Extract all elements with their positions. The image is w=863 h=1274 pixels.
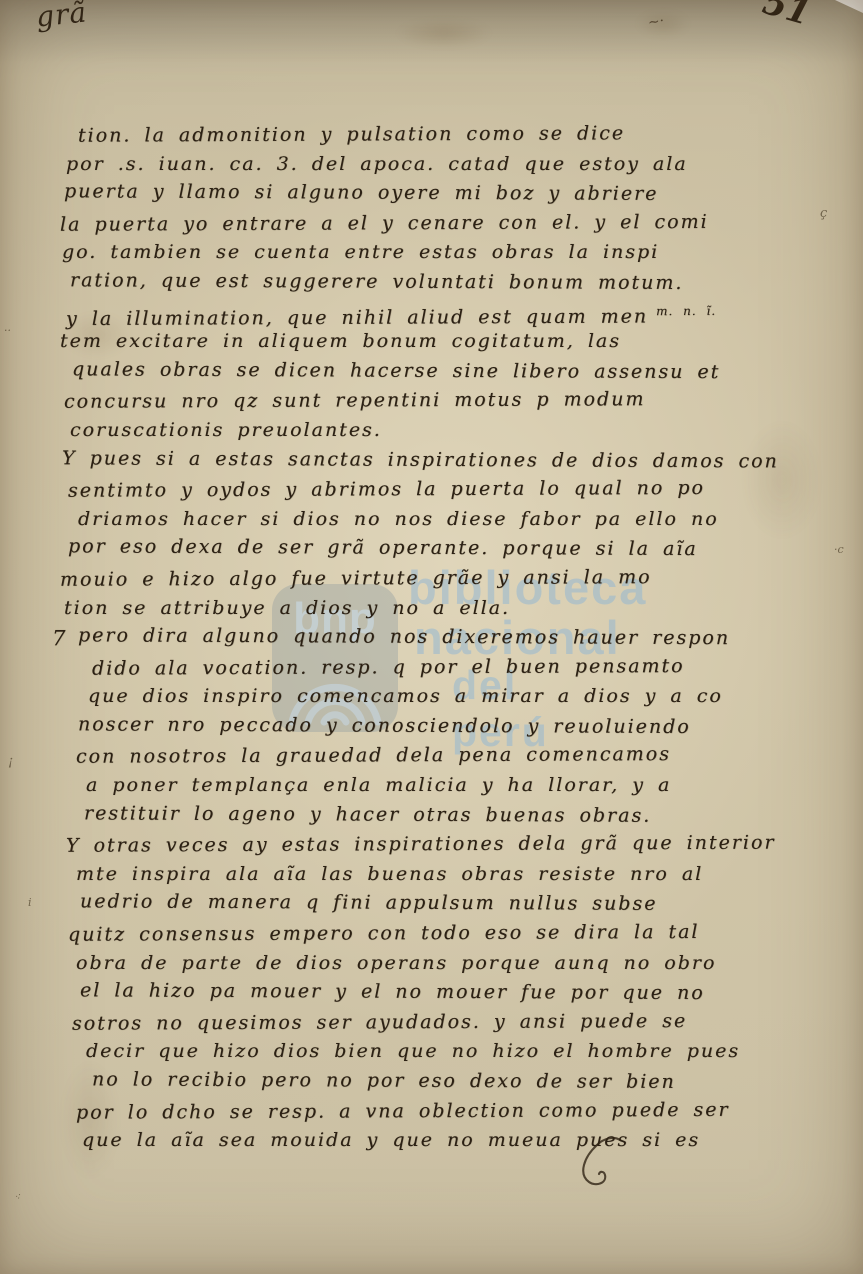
manuscript-line: por .s. iuan. ca. 3. del apoca. catad qu…	[66, 150, 847, 180]
manuscript-line: que la aĩa sea mouida y que no mueua pue…	[82, 1126, 847, 1156]
line-text: ration, que est suggerere voluntati bonu…	[70, 269, 684, 294]
line-text: Y otras veces ay estas inspirationes del…	[66, 832, 776, 857]
line-text: concursu nro qz sunt repentini motus p m…	[64, 389, 646, 414]
line-text: noscer nro peccado y conosciendolo y reu…	[78, 713, 691, 738]
margin-mark: 7	[52, 624, 68, 654]
ink-speck: i	[28, 896, 32, 909]
manuscript-line: no lo recibio pero no por eso dexo de se…	[92, 1065, 847, 1098]
manuscript-text-block: tion. la admonition y pulsation como se …	[60, 120, 847, 1156]
line-text: quales obras se dicen hacerse sine liber…	[72, 358, 720, 383]
line-text: restituir lo ageno y hacer otras buenas …	[84, 802, 651, 826]
manuscript-line: go. tambien se cuenta entre estas obras …	[62, 238, 847, 268]
manuscript-line: tem excitare in aliquem bonum cogitatum,…	[60, 327, 847, 357]
manuscript-line: coruscationis preuolantes.	[70, 416, 847, 446]
manuscript-line: uedrio de manera q fini appulsum nullus …	[80, 888, 847, 921]
line-text: por .s. iuan. ca. 3. del apoca. catad qu…	[66, 153, 688, 175]
line-text: mte inspira ala aĩa las buenas obras res…	[76, 863, 703, 885]
manuscript-line: sotros no quesimos ser ayudados. y ansi …	[72, 1006, 847, 1039]
line-text: sotros no quesimos ser ayudados. y ansi …	[72, 1010, 687, 1035]
line-text: pero dira alguno quando nos dixeremos ha…	[78, 624, 730, 649]
line-text: por lo dcho se resp. a vna oblection com…	[76, 1098, 730, 1123]
manuscript-page: bnp biblioteca nacional del perú grã 51 …	[0, 0, 863, 1274]
manuscript-line: y la illumination, que nihil aliud est q…	[66, 296, 847, 329]
manuscript-line: Y pues si a estas sanctas inspirationes …	[62, 444, 847, 477]
manuscript-line: obra de parte de dios operans porque aun…	[76, 949, 847, 979]
ink-speck: ⁖	[14, 1192, 20, 1203]
line-text: tion se attribuye a dios y no a ella.	[64, 597, 510, 619]
manuscript-line: quales obras se dicen hacerse sine liber…	[72, 355, 847, 388]
line-text: Y pues si a estas sanctas inspirationes …	[62, 447, 779, 472]
line-text: tem excitare in aliquem bonum cogitatum,…	[60, 330, 621, 352]
manuscript-line: que dios inspiro comencamos a mirar a di…	[88, 682, 847, 712]
line-text: la puerta yo entrare a el y cenare con e…	[60, 211, 709, 236]
manuscript-line: 7pero dira alguno quando nos dixeremos h…	[78, 621, 847, 654]
manuscript-line: Y otras veces ay estas inspirationes del…	[66, 829, 847, 862]
manuscript-line: por lo dcho se resp. a vna oblection com…	[76, 1095, 847, 1128]
manuscript-line: por eso dexa de ser grã operante. porque…	[68, 533, 847, 566]
line-text: con nosotros la grauedad dela pena comen…	[76, 744, 671, 769]
line-text: dido ala vocation. resp. q por el buen p…	[92, 655, 685, 680]
line-text: obra de parte de dios operans porque aun…	[76, 952, 716, 974]
ink-speck: ¡	[8, 754, 13, 769]
manuscript-line: noscer nro peccado y conosciendolo y reu…	[78, 710, 847, 743]
manuscript-line: quitz consensus empero con todo eso se d…	[68, 917, 847, 950]
line-text: go. tambien se cuenta entre estas obras …	[62, 241, 659, 263]
page-corner-notch	[835, 0, 863, 13]
manuscript-line: dido ala vocation. resp. q por el buen p…	[92, 651, 847, 684]
line-text: decir que hizo dios bien que no hizo el …	[86, 1040, 740, 1062]
manuscript-line: mouio e hizo algo fue virtute grãe y ans…	[60, 562, 847, 595]
line-text: sentimto y oydos y abrimos la puerta lo …	[68, 477, 705, 502]
ink-speck: ··	[4, 324, 11, 337]
manuscript-line: puerta y llamo si alguno oyere mi boz y …	[64, 177, 847, 210]
line-text: quitz consensus empero con todo eso se d…	[68, 921, 700, 946]
line-text: el la hizo pa mouer y el no mouer fue po…	[80, 980, 705, 1005]
manuscript-line: restituir lo ageno y hacer otras buenas …	[84, 799, 847, 832]
line-text: driamos hacer si dios no nos diese fabor…	[78, 508, 719, 530]
line-text: mouio e hizo algo fue virtute grãe y ans…	[60, 566, 652, 591]
manuscript-line: el la hizo pa mouer y el no mouer fue po…	[80, 977, 847, 1010]
manuscript-line: ration, que est suggerere voluntati bonu…	[70, 266, 847, 299]
line-text: puerta y llamo si alguno oyere mi boz y …	[64, 180, 659, 205]
manuscript-line: a poner templança enla malicia y ha llor…	[86, 771, 847, 801]
line-text: no lo recibio pero no por eso dexo de se…	[92, 1068, 676, 1093]
manuscript-line: mte inspira ala aĩa las buenas obras res…	[76, 860, 847, 890]
manuscript-line: driamos hacer si dios no nos diese fabor…	[78, 505, 847, 535]
margin-note: m. n. ĩ.	[656, 303, 716, 317]
manuscript-line: tion. la admonition y pulsation como se …	[78, 118, 847, 151]
manuscript-line: la puerta yo entrare a el y cenare con e…	[60, 207, 847, 240]
manuscript-line: con nosotros la grauedad dela pena comen…	[76, 740, 847, 773]
line-text: uedrio de manera q fini appulsum nullus …	[80, 891, 658, 916]
manuscript-line: concursu nro qz sunt repentini motus p m…	[64, 385, 847, 418]
page-top-shading	[0, 0, 863, 70]
manuscript-line: decir que hizo dios bien que no hizo el …	[86, 1037, 847, 1067]
paper-stain	[396, 18, 492, 48]
folio-number: 51	[758, 0, 815, 34]
manuscript-line: tion se attribuye a dios y no a ella.	[64, 594, 847, 624]
line-text: a poner templança enla malicia y ha llor…	[86, 774, 671, 796]
line-text: y la illumination, que nihil aliud est q…	[66, 305, 648, 330]
corner-inscription: grã	[34, 0, 88, 34]
line-text: por eso dexa de ser grã operante. porque…	[68, 536, 698, 561]
ink-smudge: ~·	[647, 13, 665, 31]
line-text: que dios inspiro comencamos a mirar a di…	[88, 685, 723, 707]
manuscript-line: sentimto y oydos y abrimos la puerta lo …	[68, 473, 847, 506]
line-text: coruscationis preuolantes.	[70, 419, 382, 441]
line-text: tion. la admonition y pulsation como se …	[78, 122, 625, 146]
pen-flourish-icon	[556, 1134, 630, 1190]
